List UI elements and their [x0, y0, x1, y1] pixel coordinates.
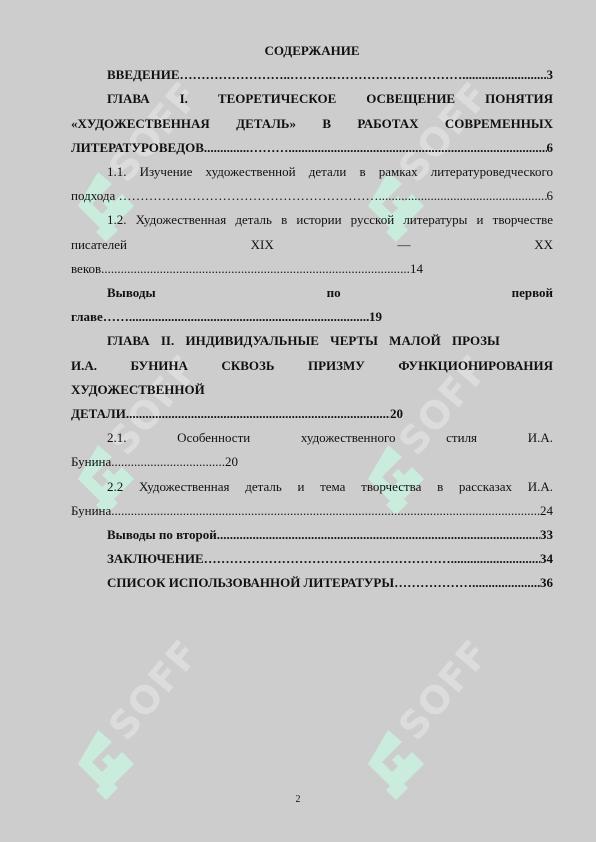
toc-entry-conclusion[interactable]: ЗАКЛЮЧЕНИЕ………………………………………………… 34 [71, 547, 553, 571]
toc-entry-references[interactable]: СПИСОК ИСПОЛЬЗОВАННОЙ ЛИТЕРАТУРЫ……………… 3… [71, 571, 553, 595]
leader-dots [101, 257, 410, 281]
toc-entry-section-1-1[interactable]: 1.1. Изучение художественной детали в ра… [71, 160, 553, 208]
toc-entry-conclusions-chapter-2[interactable]: Выводы по второй 33 [71, 523, 553, 547]
leader-dots [111, 450, 225, 474]
leader-dots [378, 184, 546, 208]
page-ref: 24 [540, 499, 553, 523]
toc-entry-chapter-1[interactable]: ГЛАВА I. ТЕОРЕТИЧЕСКОЕ ОСВЕЩЕНИЕ ПОНЯТИЯ… [71, 87, 553, 160]
page-ref: 6 [547, 136, 554, 160]
toc-entry-conclusions-chapter-1[interactable]: Выводы по первой главе…… 19 [71, 281, 553, 329]
leader-dots [466, 63, 547, 87]
leader-dots [217, 523, 540, 547]
table-of-contents: СОДЕРЖАНИЕ ВВЕДЕНИЕ……………………..……….…………………… [71, 39, 553, 596]
page-ref: 34 [540, 547, 553, 571]
toc-entry-section-1-2[interactable]: 1.2. Художественная деталь в истории рус… [71, 208, 553, 281]
toc-entry-section-2-2[interactable]: 2.2 Художественная деталь и тема творчес… [71, 475, 553, 523]
page-ref: 20 [225, 450, 238, 474]
soff-logo-icon [368, 730, 424, 800]
toc-entry-chapter-2[interactable]: ГЛАВА II. ИНДИВИДУАЛЬНЫЕ ЧЕРТЫ МАЛОЙ ПРО… [71, 329, 553, 426]
leader-dots [129, 305, 369, 329]
watermark-text: SOFF [390, 631, 498, 748]
toc-title: СОДЕРЖАНИЕ [71, 39, 553, 63]
watermark: SOFF [78, 690, 188, 800]
page-number: 2 [0, 794, 596, 805]
page-ref: 14 [410, 257, 423, 281]
leader-dots [288, 136, 546, 160]
leader-dots [111, 499, 540, 523]
page-ref: 20 [390, 402, 403, 426]
toc-entry-section-2-1[interactable]: 2.1. Особенности художественного стиля И… [71, 426, 553, 474]
page-ref: 6 [547, 184, 554, 208]
leader-dots [472, 571, 540, 595]
watermark-text: SOFF [100, 631, 208, 748]
page-ref: 36 [540, 571, 553, 595]
leader-dots [126, 402, 390, 426]
watermark: SOFF [368, 690, 478, 800]
leader-dots [451, 547, 540, 571]
soff-logo-icon [78, 730, 134, 800]
page-ref: 3 [547, 63, 554, 87]
page-ref: 19 [369, 305, 382, 329]
page-ref: 33 [540, 523, 553, 547]
toc-entry-introduction[interactable]: ВВЕДЕНИЕ……………………..……….…………………………. 3 [71, 63, 553, 87]
